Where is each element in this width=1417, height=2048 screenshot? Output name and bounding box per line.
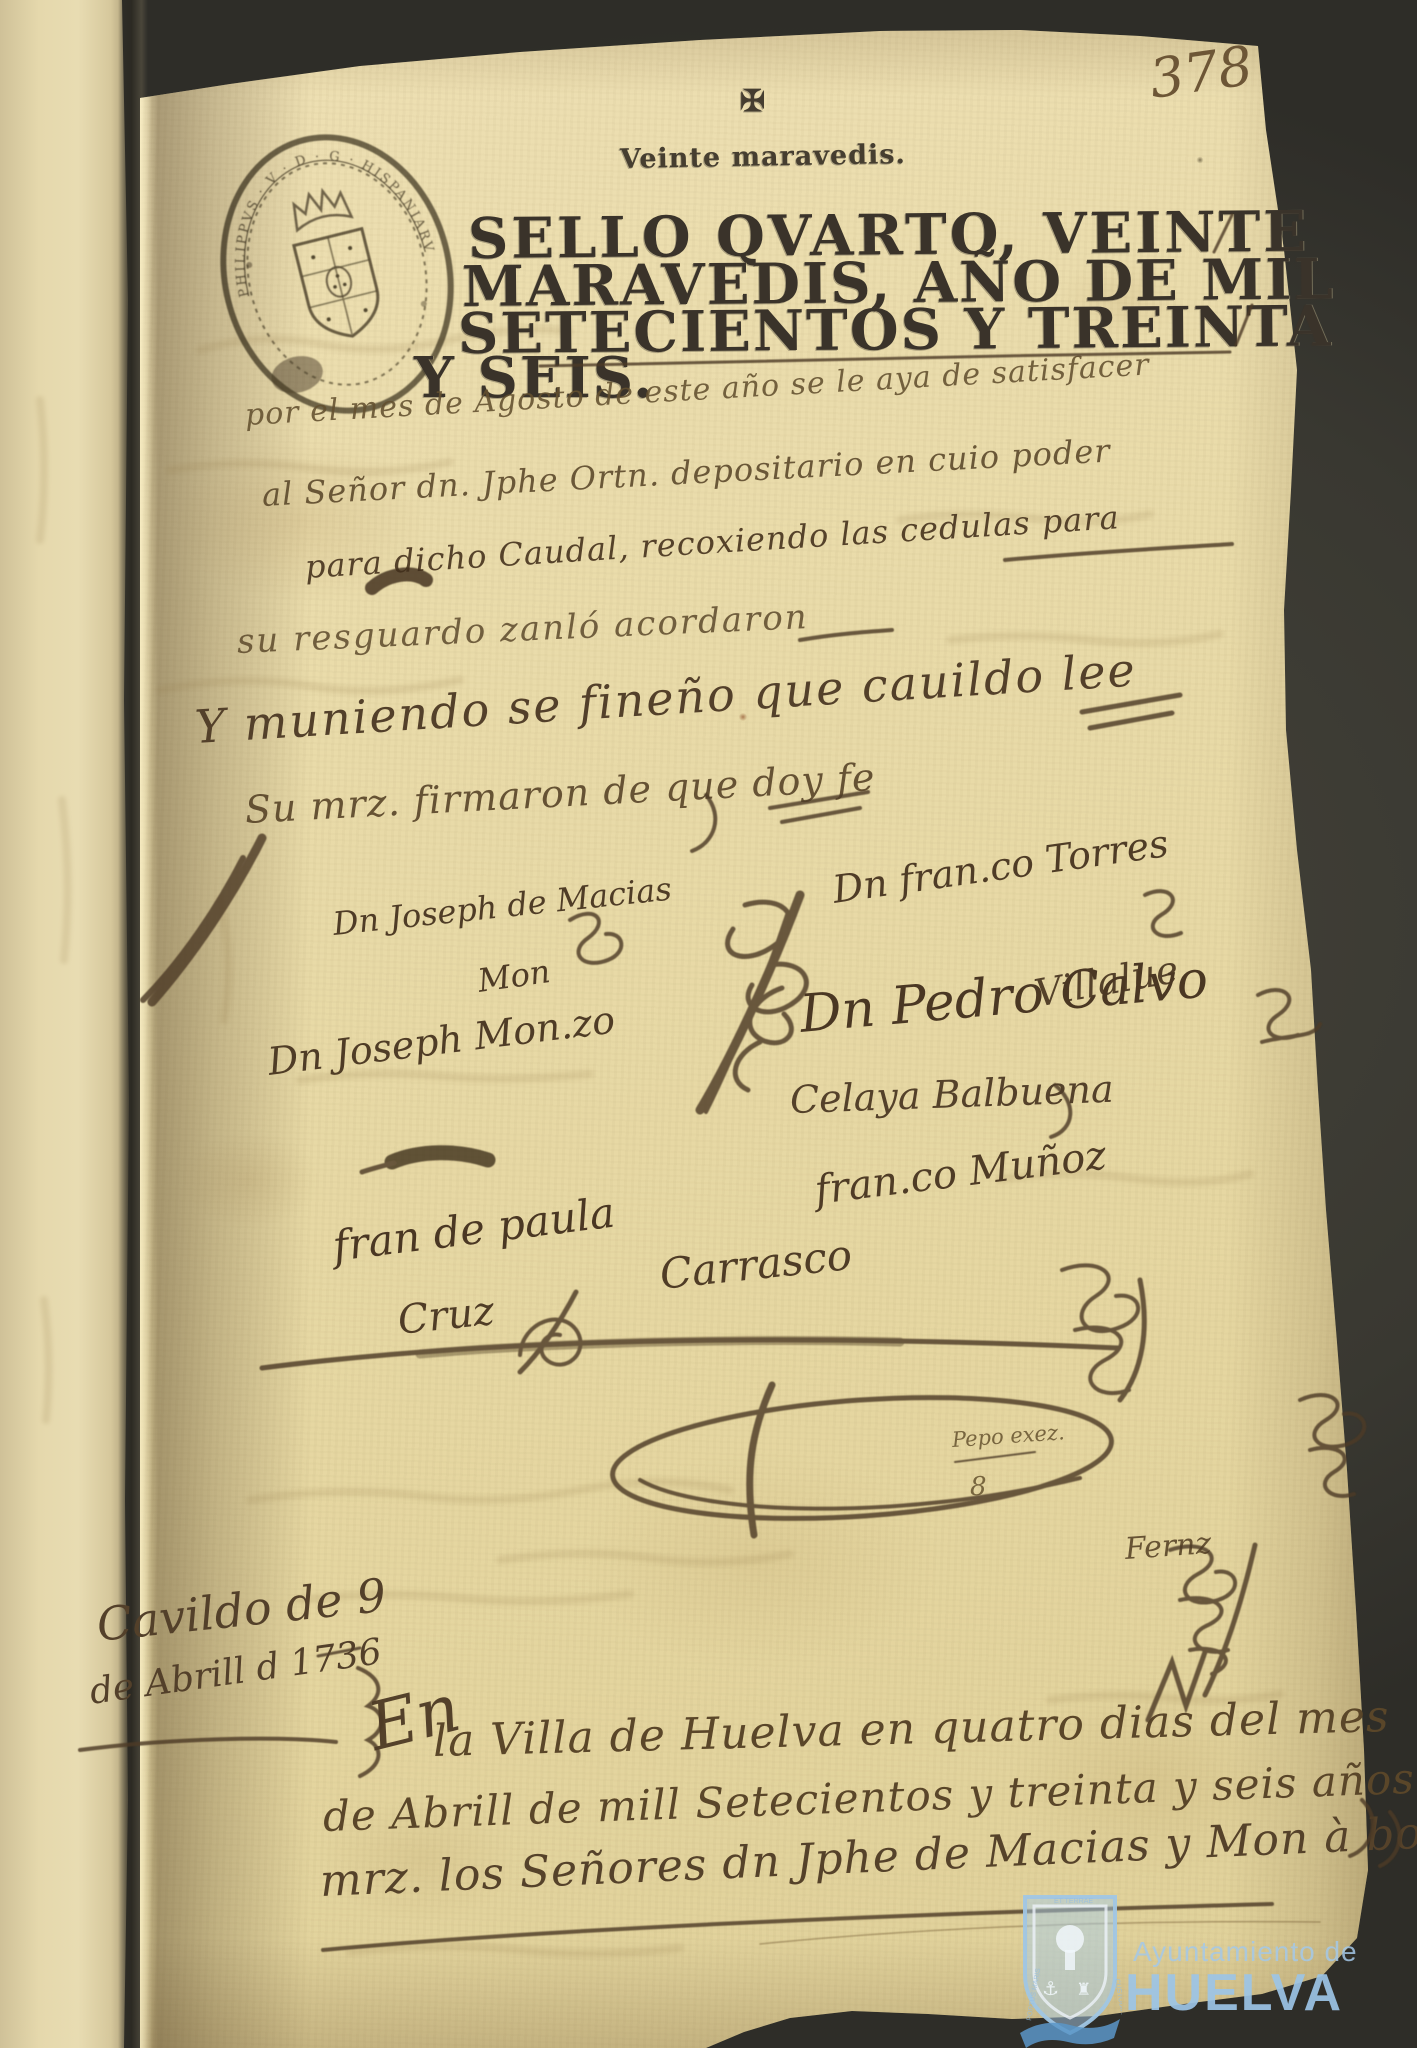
signature-fernz: Fernz	[1124, 1526, 1213, 1567]
watermark-city: HUELVA	[1125, 1963, 1343, 2023]
previous-page-edge	[0, 0, 130, 2048]
scanned-document: PHILIPPVS · V · D · G · HISPANIARVM · RE…	[0, 0, 1417, 2048]
watermark-ribbon	[1020, 2019, 1120, 2048]
signature-number-8: 8	[970, 1472, 987, 1502]
cross-mark: ✠	[740, 84, 765, 119]
tax-stamp-line: Veinte maravedis.	[620, 139, 906, 175]
